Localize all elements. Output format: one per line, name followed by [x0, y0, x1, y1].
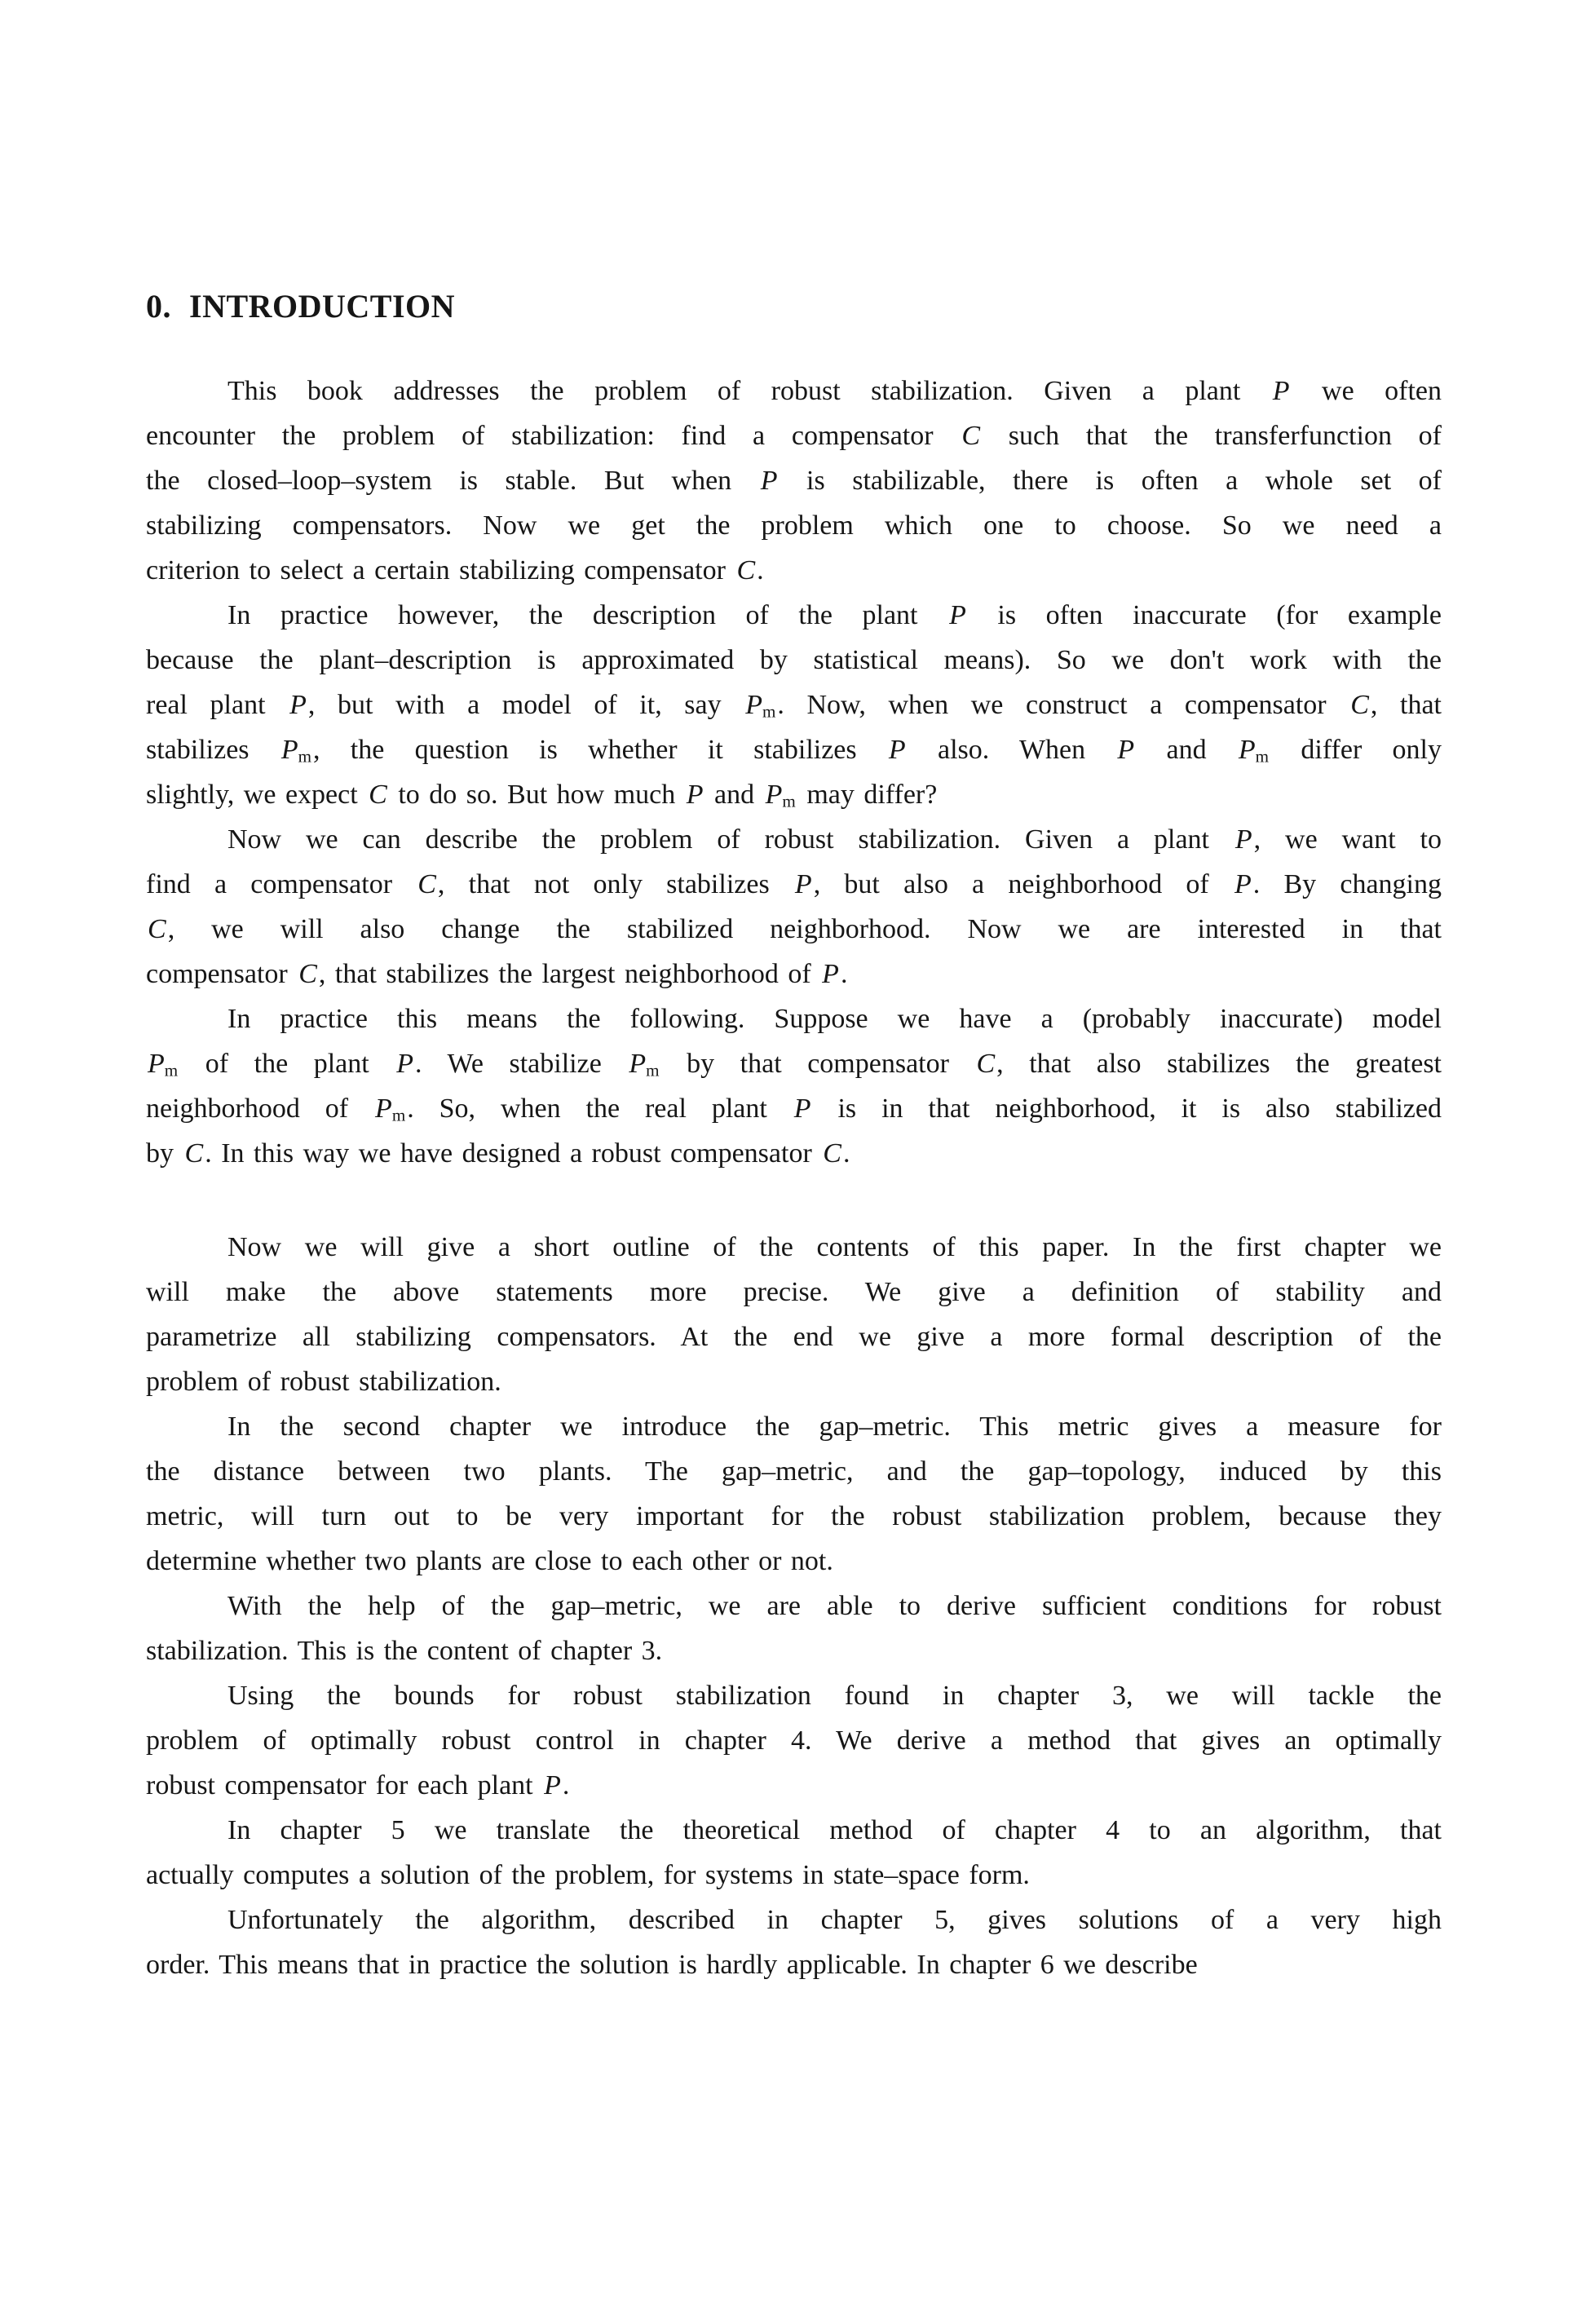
math-variable: P [820, 959, 841, 989]
text-line: In practice however, the description of … [146, 593, 1442, 638]
paragraph: In the second chapter we introduce the g… [146, 1404, 1442, 1584]
text-line: compensator C, that stabilizes the large… [146, 952, 1442, 996]
math-variable: C [297, 959, 319, 989]
section-heading: 0.INTRODUCTION [146, 287, 455, 325]
paragraph: Now we can describe the problem of robus… [146, 817, 1442, 996]
text-line: the distance between two plants. The gap… [146, 1449, 1442, 1494]
text-line: find a compensator C, that not only stab… [146, 862, 1442, 907]
math-variable: Pm [744, 690, 777, 720]
math-variable: Pm [280, 735, 313, 765]
math-variable: C [416, 869, 438, 899]
math-variable: P [1271, 376, 1292, 406]
text-line: stabilization. This is the content of ch… [146, 1628, 1442, 1673]
math-variable: Pm [764, 780, 797, 810]
text-line: C, we will also change the stabilized ne… [146, 907, 1442, 952]
paragraph: In chapter 5 we translate the theoretica… [146, 1808, 1442, 1898]
text-line: parametrize all stabilizing compensators… [146, 1314, 1442, 1359]
text-line: actually computes a solution of the prob… [146, 1853, 1442, 1898]
math-variable: P [1234, 824, 1254, 855]
text-line: In the second chapter we introduce the g… [146, 1404, 1442, 1449]
text-line: metric, will turn out to be very importa… [146, 1494, 1442, 1539]
math-variable: P [542, 1770, 563, 1800]
text-line: order. This means that in practice the s… [146, 1942, 1442, 1987]
section-title: INTRODUCTION [189, 288, 455, 325]
text-line: robust compensator for each plant P. [146, 1763, 1442, 1808]
math-variable: C [960, 421, 982, 451]
math-variable: P [288, 690, 308, 720]
section-number: 0. [146, 287, 171, 325]
math-variable: P [395, 1049, 415, 1079]
text-line: the closed–loop–system is stable. But wh… [146, 458, 1442, 503]
text-line: by C. In this way we have designed a rob… [146, 1131, 1442, 1176]
math-variable: C [821, 1138, 843, 1169]
text-line: Using the bounds for robust stabilizatio… [146, 1673, 1442, 1718]
paragraph: In practice however, the description of … [146, 593, 1442, 817]
text-line: In chapter 5 we translate the theoretica… [146, 1808, 1442, 1853]
math-variable: P [685, 780, 705, 810]
text-line: Now we can describe the problem of robus… [146, 817, 1442, 862]
text-line: With the help of the gap–metric, we are … [146, 1584, 1442, 1628]
math-variable: Pm [373, 1094, 407, 1124]
text-line: In practice this means the following. Su… [146, 996, 1442, 1041]
math-variable: C [735, 555, 757, 585]
text-line: will make the above statements more prec… [146, 1270, 1442, 1314]
math-variable: P [793, 869, 814, 899]
math-variable: P [759, 466, 780, 496]
text-line: slightly, we expect C to do so. But how … [146, 772, 1442, 817]
text-line: This book addresses the problem of robus… [146, 369, 1442, 413]
paragraph: This book addresses the problem of robus… [146, 369, 1442, 593]
text-line: problem of robust stabilization. [146, 1359, 1442, 1404]
math-variable: C [183, 1138, 205, 1169]
text-line: determine whether two plants are close t… [146, 1539, 1442, 1584]
paragraph: Unfortunately the algorithm, described i… [146, 1898, 1442, 1987]
text-line: real plant P, but with a model of it, sa… [146, 683, 1442, 727]
text-line: stabilizes Pm, the question is whether i… [146, 727, 1442, 772]
math-variable: C [146, 914, 168, 944]
paragraph: Using the bounds for robust stabilizatio… [146, 1673, 1442, 1808]
math-variable: C [1349, 690, 1371, 720]
paragraph: In practice this means the following. Su… [146, 996, 1442, 1176]
paragraph: Now we will give a short outline of the … [146, 1225, 1442, 1404]
math-variable: C [367, 780, 389, 810]
math-variable: P [1115, 735, 1136, 765]
math-variable: P [947, 600, 968, 630]
text-line: Now we will give a short outline of the … [146, 1225, 1442, 1270]
math-variable: P [1233, 869, 1253, 899]
paragraph: With the help of the gap–metric, we are … [146, 1584, 1442, 1673]
math-variable: P [887, 735, 908, 765]
document-body: This book addresses the problem of robus… [146, 369, 1442, 1987]
math-variable: C [974, 1049, 996, 1079]
document-page: 0.INTRODUCTION This book addresses the p… [0, 0, 1590, 2324]
text-line: Pm of the plant P. We stabilize Pm by th… [146, 1041, 1442, 1086]
math-variable: Pm [1237, 735, 1270, 765]
text-line: encounter the problem of stabilization: … [146, 413, 1442, 458]
text-line: neighborhood of Pm. So, when the real pl… [146, 1086, 1442, 1131]
text-line: stabilizing compensators. Now we get the… [146, 503, 1442, 548]
math-variable: Pm [627, 1049, 660, 1079]
text-line: because the plant–description is approxi… [146, 638, 1442, 683]
text-line: Unfortunately the algorithm, described i… [146, 1898, 1442, 1942]
text-line: criterion to select a certain stabilizin… [146, 548, 1442, 593]
math-variable: Pm [146, 1049, 179, 1079]
text-line: problem of optimally robust control in c… [146, 1718, 1442, 1763]
math-variable: P [793, 1094, 813, 1124]
